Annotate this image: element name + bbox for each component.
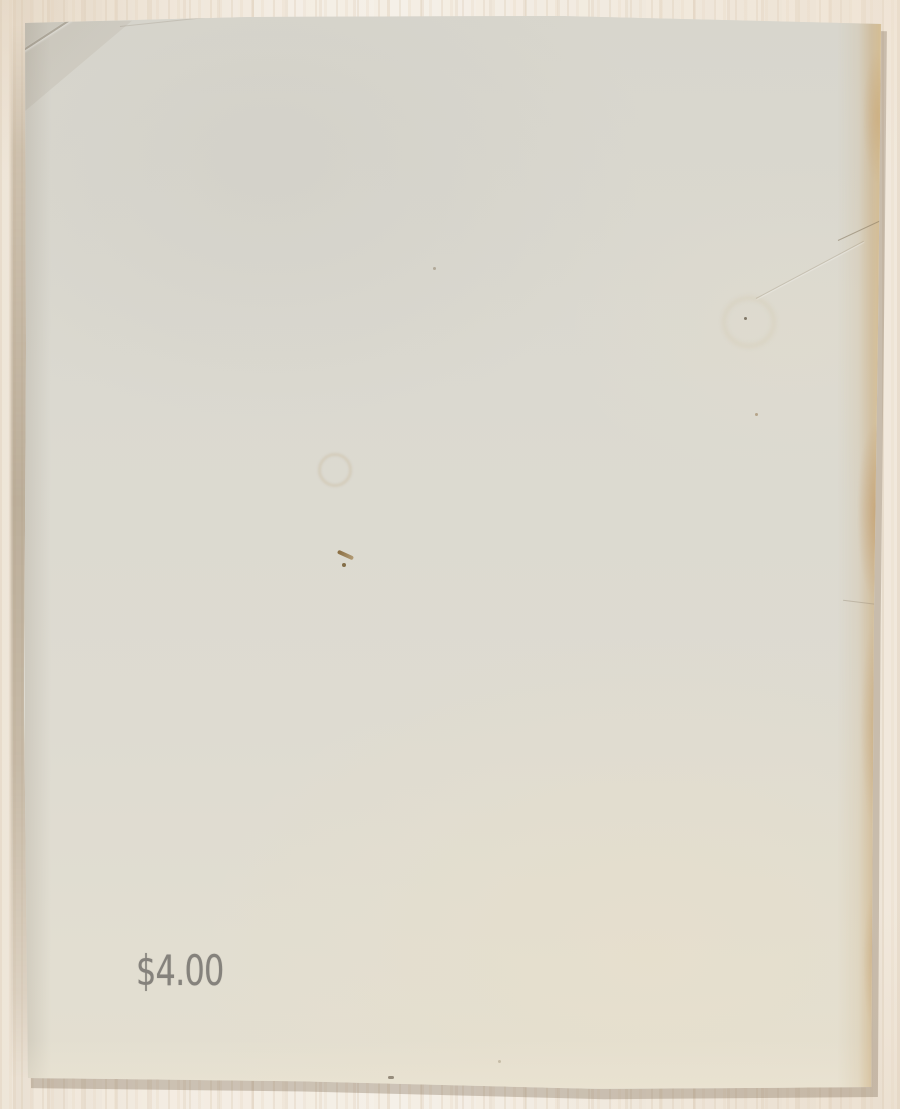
photo-of-book: $4.00 (0, 0, 900, 1109)
left-edge-shading (25, 20, 51, 1085)
speck (433, 267, 436, 270)
book-back-cover: $4.00 (0, 0, 900, 1109)
speck (755, 413, 758, 416)
speck (388, 1076, 394, 1079)
price-label: $4.00 (136, 946, 224, 995)
speck (744, 317, 747, 320)
speck (498, 1060, 501, 1063)
ring-stain (722, 296, 776, 348)
ink-stain (337, 550, 354, 561)
ink-stain-dot (342, 563, 346, 567)
ring-stain (318, 453, 352, 487)
